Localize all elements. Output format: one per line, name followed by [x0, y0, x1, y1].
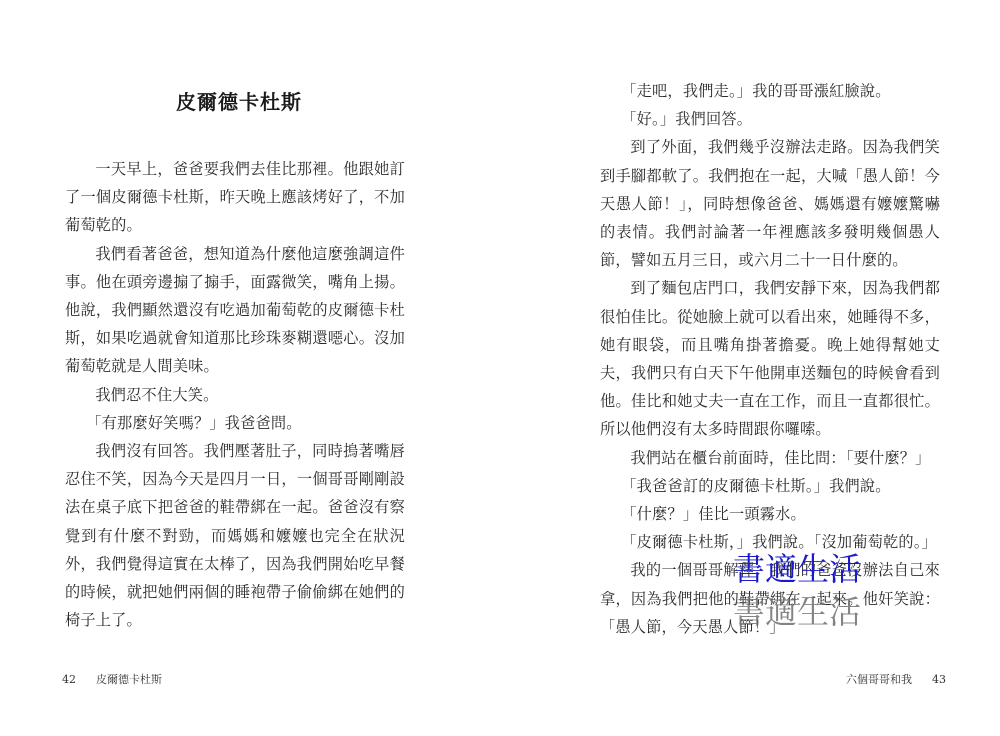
page-number: 42 — [62, 673, 76, 686]
left-page-body: 一天早上，爸爸要我們去佳比那裡。他跟她訂了一個皮爾德卡杜斯，昨天晚上應該烤好了，… — [65, 155, 405, 634]
paragraph: 「什麼？」佳比一頭霧水。 — [600, 500, 940, 528]
paragraph: 「走吧，我們走。」我的哥哥漲紅臉說。 — [600, 77, 940, 105]
paragraph: 我們站在櫃台前面時，佳比問：「要什麼？」 — [600, 444, 940, 472]
right-page-body: 「走吧，我們走。」我的哥哥漲紅臉說。 「好。」我們回答。 到了外面，我們幾乎沒辦… — [600, 77, 940, 641]
paragraph: 我們忍不住大笑。 — [65, 381, 405, 409]
paragraph: 「有那麼好笑嗎？」我爸爸問。 — [65, 409, 405, 437]
paragraph: 我的一個哥哥解釋：我們的爸爸沒辦法自己來拿，因為我們把他的鞋帶綁在一起來。他奸笑… — [600, 556, 940, 641]
paragraph: 「皮爾德卡杜斯，」我們說。「沒加葡萄乾的。」 — [600, 528, 940, 556]
chapter-title: 皮爾德卡杜斯 — [176, 86, 302, 115]
paragraph: 「好。」我們回答。 — [600, 105, 940, 133]
left-page-footer: 42皮爾德卡杜斯 — [62, 671, 162, 687]
running-title: 皮爾德卡杜斯 — [96, 673, 162, 686]
paragraph: 我們看著爸爸，想知道為什麼他這麼強調這件事。他在頭旁邊搧了搧手，面露微笑，嘴角上… — [65, 240, 405, 381]
paragraph: 到了麵包店門口，我們安靜下來，因為我們都很怕佳比。從她臉上就可以看出來，她睡得不… — [600, 274, 940, 443]
paragraph: 一天早上，爸爸要我們去佳比那裡。他跟她訂了一個皮爾德卡杜斯，昨天晚上應該烤好了，… — [65, 155, 405, 240]
paragraph: 我們沒有回答。我們壓著肚子，同時摀著嘴唇忍住不笑，因為今天是四月一日，一個哥哥剛… — [65, 437, 405, 634]
right-page-footer: 六個哥哥和我43 — [846, 671, 946, 687]
page-number: 43 — [932, 673, 946, 686]
right-page: 「走吧，我們走。」我的哥哥漲紅臉說。 「好。」我們回答。 到了外面，我們幾乎沒辦… — [500, 0, 1000, 736]
paragraph: 到了外面，我們幾乎沒辦法走路。因為我們笑到手腳都軟了。我們抱在一起，大喊「愚人節… — [600, 133, 940, 274]
running-title: 六個哥哥和我 — [846, 673, 912, 686]
paragraph: 「我爸爸訂的皮爾德卡杜斯。」我們說。 — [600, 472, 940, 500]
left-page: 皮爾德卡杜斯 一天早上，爸爸要我們去佳比那裡。他跟她訂了一個皮爾德卡杜斯，昨天晚… — [0, 0, 500, 736]
